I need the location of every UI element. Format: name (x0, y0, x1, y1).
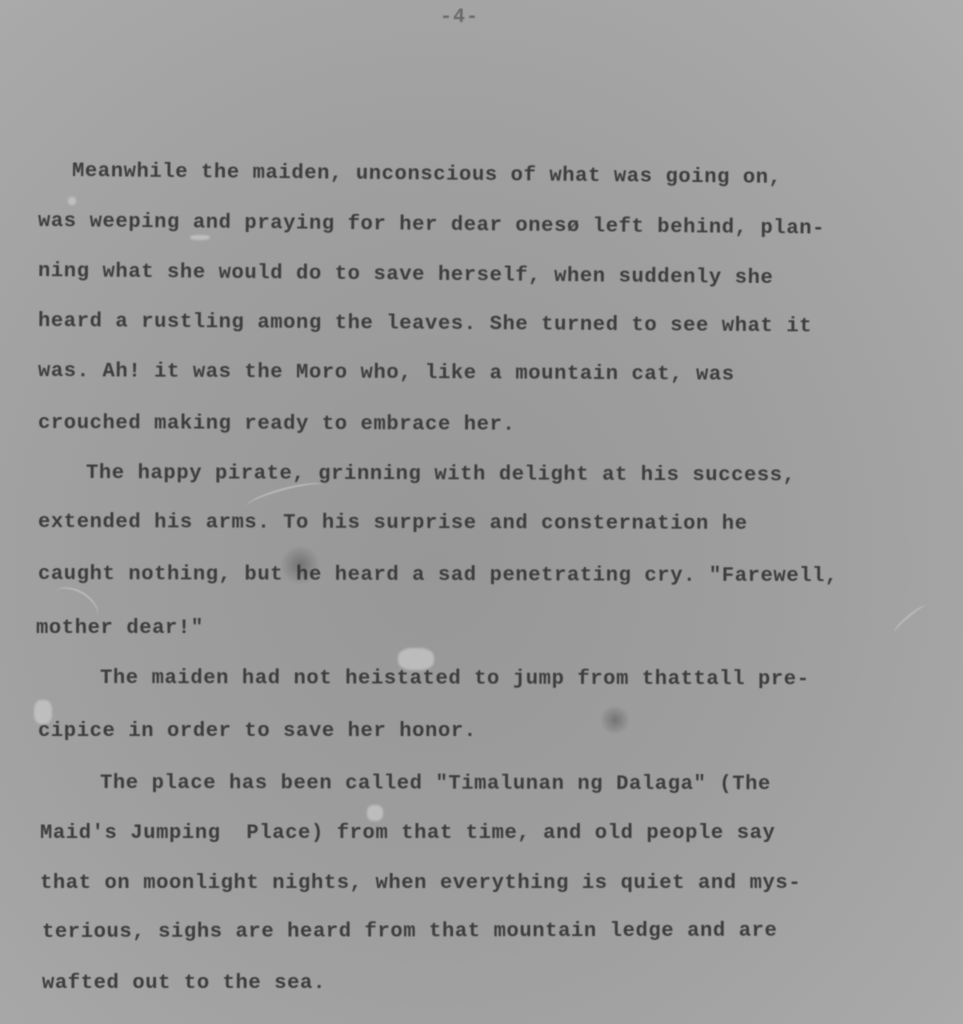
text-line: wafted out to the sea. (42, 972, 326, 995)
dust-speck (190, 235, 210, 240)
dust-speck (367, 805, 383, 821)
dust-speck (68, 197, 76, 205)
text-line: The maiden had not heistated to jump fro… (100, 667, 810, 691)
text-line: mother dear!" (36, 617, 204, 640)
text-line: ning what she would do to save herself, … (38, 260, 774, 290)
text-line: Meanwhile the maiden, unconscious of wha… (72, 160, 782, 190)
text-line: heard a rustling among the leaves. She t… (38, 310, 812, 338)
text-line: Maid's Jumping Place) from that time, an… (40, 822, 775, 845)
text-line: extended his arms. To his surprise and c… (38, 511, 748, 536)
text-line: caught nothing, but he heard a sad penet… (38, 563, 838, 588)
page-number: -4- (440, 6, 479, 29)
scratch-mark (892, 603, 928, 635)
text-line: The place has been called "Timalunan ng … (100, 772, 771, 796)
text-line: was. Ah! it was the Moro who, like a mou… (38, 360, 735, 387)
text-line: terious, sighs are heard from that mount… (42, 920, 777, 944)
ink-smudge (280, 545, 320, 585)
typewritten-page: -4- Meanwhile the maiden, unconscious of… (0, 0, 963, 1024)
dust-speck (34, 700, 52, 724)
text-line: The happy pirate, grinning with delight … (86, 462, 796, 487)
ink-smudge (600, 705, 630, 735)
text-line: was weeping and praying for her dear one… (38, 210, 825, 241)
text-line: that on moonlight nights, when everythin… (40, 872, 801, 895)
text-line: crouched making ready to embrace her. (38, 412, 515, 437)
text-line: cipice in order to save her honor. (38, 720, 477, 743)
dust-speck (398, 648, 434, 670)
